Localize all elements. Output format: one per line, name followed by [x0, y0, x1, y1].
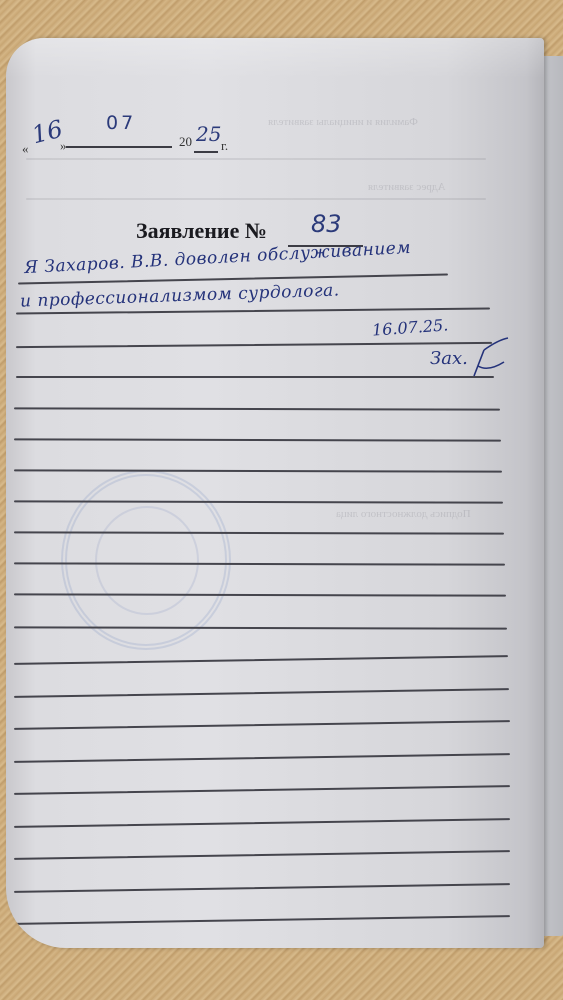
date-month: 07 [106, 112, 136, 134]
ruled-line [14, 720, 510, 729]
ruled-line [14, 626, 507, 629]
quote-open: « [22, 141, 29, 157]
signature-stroke [464, 336, 514, 380]
bleed-through-text: Фамилия и инициалы заявителя [268, 116, 418, 128]
journal-page: Фамилия и инициалы заявителя Адрес заяви… [6, 38, 544, 948]
handwritten-sign-date: 16.07.25. [371, 315, 448, 339]
ruled-line [14, 655, 508, 664]
ruled-line [14, 753, 510, 762]
ruled-line [16, 342, 492, 348]
ruled-line [14, 883, 510, 892]
faint-line [26, 198, 486, 200]
application-number: 83 [311, 210, 342, 238]
ruled-line [14, 469, 502, 472]
bleed-through-text: Подпись должностного лица [336, 508, 471, 520]
faint-line [26, 158, 486, 160]
date-year-suffix: 25 [196, 122, 221, 146]
year-underline [194, 151, 218, 153]
ruled-line [14, 850, 510, 859]
faded-stamp [61, 470, 231, 650]
ruled-line [14, 438, 501, 441]
ruled-line [14, 915, 510, 924]
handwritten-line-2: и профессионализмом сурдолога. [20, 280, 340, 311]
ruled-line [14, 818, 510, 827]
application-title: Заявление № [136, 218, 267, 244]
ruled-line [14, 688, 509, 697]
month-underline [66, 146, 172, 148]
signature: Зах. [430, 348, 468, 369]
date-year-unit: г. [221, 138, 228, 154]
ruled-line [14, 785, 510, 794]
ruled-line [16, 376, 494, 378]
bleed-through-text: Адрес заявителя [368, 181, 445, 193]
ruled-line [14, 407, 500, 410]
date-year-prefix: 20 [179, 134, 192, 150]
